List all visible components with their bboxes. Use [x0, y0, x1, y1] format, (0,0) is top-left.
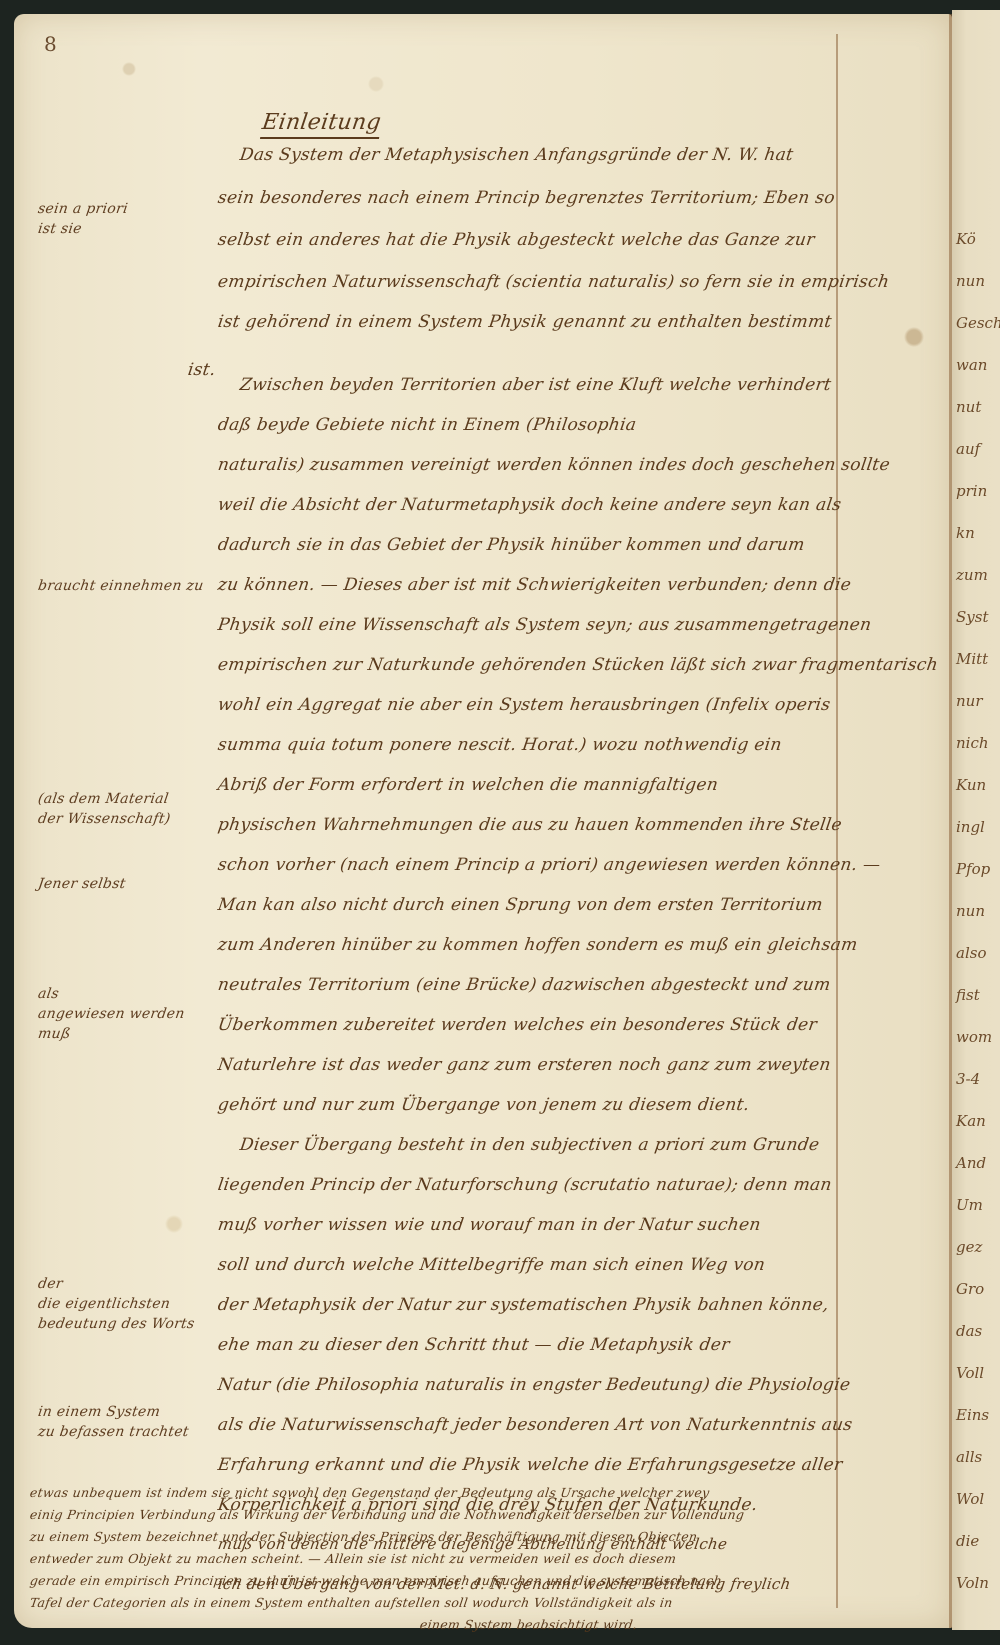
manuscript-line: selbst ein anderes hat die Physik abgest… — [217, 230, 816, 250]
adjacent-page-fragment: fist — [956, 986, 980, 1004]
footnote-line: Tafel der Categorien als in einem System… — [29, 1595, 674, 1610]
adjacent-page-fragment: Mitt — [956, 650, 988, 668]
footnote-line: gerade ein empirisch Principien zu thun … — [29, 1573, 723, 1588]
margin-note: bedeutung des Worts — [37, 1315, 196, 1333]
adjacent-page-fragment: Kun — [956, 776, 986, 794]
margin-note: die eigentlichsten — [37, 1295, 172, 1313]
manuscript-line: ehe man zu dieser den Schritt thut — die… — [217, 1335, 731, 1355]
footnote-line: entweder zum Objekt zu machen scheint. —… — [29, 1551, 677, 1566]
manuscript-line: der Metaphysik der Natur zur systematisc… — [217, 1295, 831, 1315]
margin-note: angewiesen werden — [37, 1005, 186, 1023]
manuscript-line: ist. — [187, 360, 217, 380]
adjacent-page-fragment: Kan — [956, 1112, 986, 1130]
adjacent-page-fragment: Syst — [956, 608, 988, 626]
manuscript-line: Das System der Metaphysischen Anfangsgrü… — [239, 145, 795, 165]
adjacent-page-fragment: ingl — [956, 818, 985, 836]
margin-note: in einem System — [37, 1403, 162, 1421]
page-title: Einleitung — [260, 110, 383, 139]
adjacent-page-fragment: Gesch — [956, 314, 1000, 332]
margin-note: braucht einnehmen zu — [37, 577, 205, 595]
adjacent-page-fragment: die — [956, 1532, 979, 1550]
manuscript-line: wohl ein Aggregat nie aber ein System he… — [217, 695, 832, 715]
adjacent-page-fragment: Kö — [956, 230, 976, 248]
adjacent-page-fragment: nun — [956, 272, 985, 290]
footnote-line: einem System beabsichtigt wird. — [419, 1617, 638, 1632]
adjacent-page-fragment: And — [956, 1154, 986, 1172]
manuscript-line: Überkommen zubereitet werden welches ein… — [217, 1015, 819, 1035]
adjacent-page-fragment: alls — [956, 1448, 982, 1466]
manuscript-line: dadurch sie in das Gebiet der Physik hin… — [217, 535, 806, 555]
manuscript-line: weil die Absicht der Naturmetaphysik doc… — [217, 495, 843, 515]
adjacent-page-fragment: Pfop — [956, 860, 990, 878]
manuscript-line: gehört und nur zum Übergange von jenem z… — [217, 1095, 751, 1115]
adjacent-page-fragment: kn — [956, 524, 975, 542]
manuscript-line: neutrales Territorium (eine Brücke) dazw… — [217, 975, 832, 995]
adjacent-page-fragment: prin — [956, 482, 987, 500]
manuscript-line: empirischen zur Naturkunde gehörenden St… — [217, 655, 940, 675]
margin-note: zu befassen trachtet — [37, 1423, 190, 1441]
manuscript-line: sein besonderes nach einem Princip begre… — [217, 188, 837, 208]
adjacent-page-fragment: Wol — [956, 1490, 984, 1508]
manuscript-line: summa quia totum ponere nescit. Horat.) … — [217, 735, 783, 755]
manuscript-line: soll und durch welche Mittelbegriffe man… — [217, 1255, 767, 1275]
margin-note: (als dem Material — [37, 790, 170, 808]
manuscript-line: Man kan also nicht durch einen Sprung vo… — [217, 895, 825, 915]
adjacent-page-fragment: nun — [956, 902, 985, 920]
manuscript-line: Physik soll eine Wissenschaft als System… — [217, 615, 873, 635]
adjacent-page-fragment: 3-4 — [956, 1070, 980, 1088]
manuscript-line: physischen Wahrnehmungen die aus zu haue… — [217, 815, 844, 835]
adjacent-page-fragment: Gro — [956, 1280, 984, 1298]
manuscript-line: muß vorher wissen wie und worauf man in … — [217, 1215, 762, 1235]
adjacent-page-fragment: gez — [956, 1238, 982, 1256]
adjacent-page-fragment: wan — [956, 356, 987, 374]
margin-note: ist sie — [37, 220, 83, 238]
manuscript-line: liegenden Princip der Naturforschung (sc… — [217, 1175, 834, 1195]
margin-note: Jener selbst — [37, 875, 127, 893]
margin-note: der — [37, 1275, 64, 1293]
adjacent-page-fragment: nur — [956, 692, 983, 710]
adjacent-page-fragment: zum — [956, 566, 988, 584]
manuscript-line: Natur (die Philosophia naturalis in engs… — [217, 1375, 852, 1395]
manuscript-line: Abriß der Form erfordert in welchen die … — [217, 775, 720, 795]
manuscript-line: als die Naturwissenschaft jeder besonder… — [217, 1415, 854, 1435]
adjacent-page-fragment: Voln — [956, 1574, 989, 1592]
footnote-line: zu einem System bezeichnet und der Subje… — [29, 1529, 698, 1544]
adjacent-page-fragment: also — [956, 944, 986, 962]
adjacent-page-fragment: Voll — [956, 1364, 984, 1382]
adjacent-page-fragment: Eins — [956, 1406, 989, 1424]
manuscript-line: Naturlehre ist das weder ganz zum erster… — [217, 1055, 833, 1075]
adjacent-page-fragment: nut — [956, 398, 981, 416]
margin-note: sein a priori — [37, 200, 129, 218]
manuscript-line: empirischen Naturwissenschaft (scientia … — [217, 272, 891, 292]
manuscript-line: zum Anderen hinüber zu kommen hoffen son… — [217, 935, 859, 955]
adjacent-page-fragment: nich — [956, 734, 989, 752]
manuscript-line: Dieser Übergang besteht in den subjectiv… — [239, 1135, 821, 1155]
adjacent-page-fragment: auf — [956, 440, 980, 458]
adjacent-page-fragment: Um — [956, 1196, 983, 1214]
margin-note: der Wissenschaft) — [37, 810, 172, 828]
page-number: 8 — [44, 32, 57, 56]
manuscript-line: naturalis) zusammen vereinigt werden kön… — [217, 455, 892, 475]
manuscript-line: Zwischen beyden Territorien aber ist ein… — [239, 375, 833, 395]
manuscript-line: schon vorher (nach einem Princip a prior… — [217, 855, 882, 875]
manuscript-line: daß beyde Gebiete nicht in Einem (Philos… — [217, 415, 638, 435]
manuscript-line: Erfahrung erkannt und die Physik welche … — [217, 1455, 844, 1475]
adjacent-page-strip: KönunGeschwannutaufprinknzumSystMittnurn… — [952, 10, 1000, 1630]
margin-note: als — [37, 985, 60, 1003]
adjacent-page-fragment: wom — [956, 1028, 992, 1046]
manuscript-line: zu können. — Dieses aber ist mit Schwier… — [217, 575, 853, 595]
footnote-line: einig Principien Verbindung als Wirkung … — [29, 1507, 745, 1522]
manuscript-line: ist gehörend in einem System Physik gena… — [217, 312, 833, 332]
footnote-line: etwas unbequem ist indem sie nicht sowoh… — [29, 1485, 711, 1500]
adjacent-page-fragment: das — [956, 1322, 982, 1340]
margin-note: muß — [37, 1025, 72, 1043]
